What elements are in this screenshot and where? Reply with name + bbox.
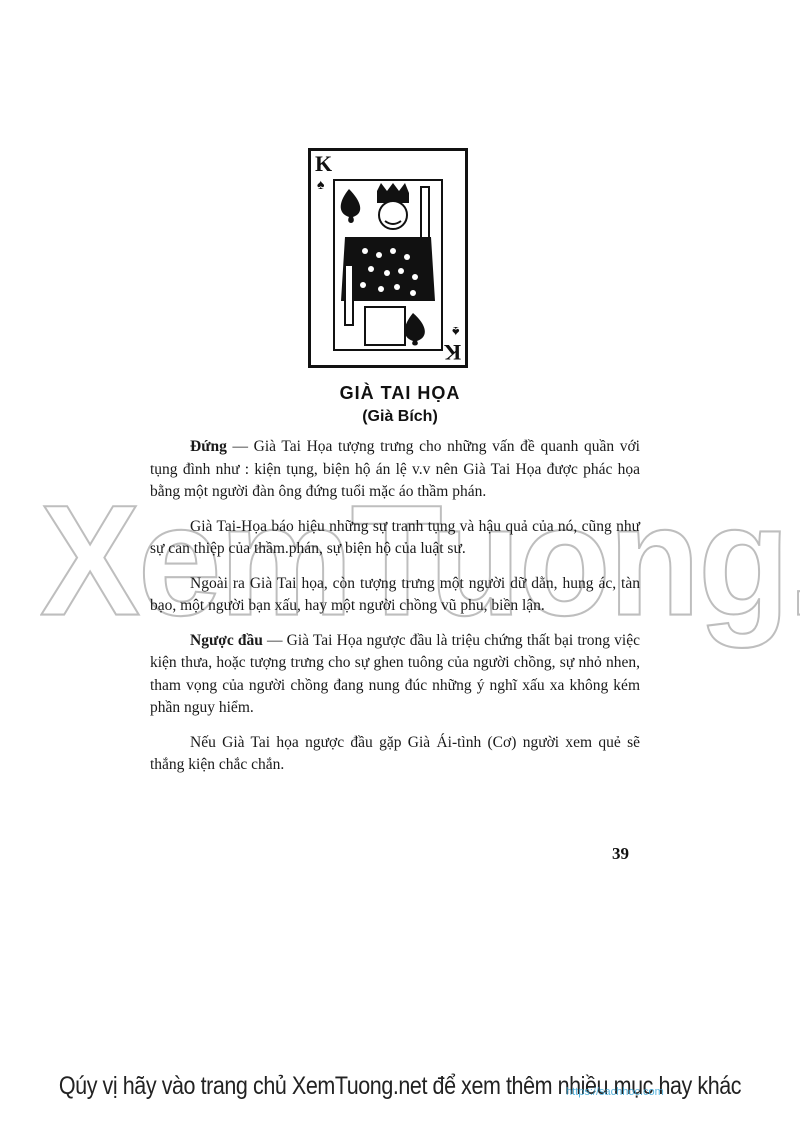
paragraph: Ngoài ra Già Tai họa, còn tượng trưng mộ… <box>150 573 640 618</box>
card-rank-top: K <box>315 153 332 175</box>
paragraph: Nếu Già Tai họa ngược đầu gặp Già Ái-tìn… <box>150 732 640 777</box>
paragraph: Già Tai-Họa báo hiệu những sự tranh tụng… <box>150 516 640 561</box>
paragraph-lead: Ngược đầu <box>190 632 263 649</box>
spade-icon: ♠ <box>317 179 324 193</box>
king-illustration-icon <box>335 181 441 349</box>
body-text: Đứng — Già Tai Họa tượng trưng cho những… <box>150 436 640 789</box>
page-subtitle: (Già Bích) <box>0 408 800 426</box>
paragraph-lead: Đứng <box>190 438 227 455</box>
king-figure-illustration <box>333 179 443 351</box>
paragraph-upright: Đứng — Già Tai Họa tượng trưng cho những… <box>150 436 640 504</box>
paragraph-reversed: Ngược đầu — Già Tai Họa ngược đầu là tri… <box>150 630 640 720</box>
page-number: 39 <box>612 844 629 864</box>
card-rank-bottom: K <box>444 341 461 363</box>
url-overlay: https://sachhoc.com <box>566 1086 664 1098</box>
paragraph-text: Nếu Già Tai họa ngược đầu gặp Già Ái-tìn… <box>150 734 640 774</box>
king-of-spades-card-icon: K ♠ ♠ K <box>308 148 468 368</box>
page-title: GIÀ TAI HỌA <box>0 383 800 404</box>
paragraph-text: Ngoài ra Già Tai họa, còn tượng trưng mộ… <box>150 575 640 615</box>
paragraph-text: Già Tai-Họa báo hiệu những sự tranh tụng… <box>150 518 640 558</box>
spade-icon: ♠ <box>452 323 459 337</box>
